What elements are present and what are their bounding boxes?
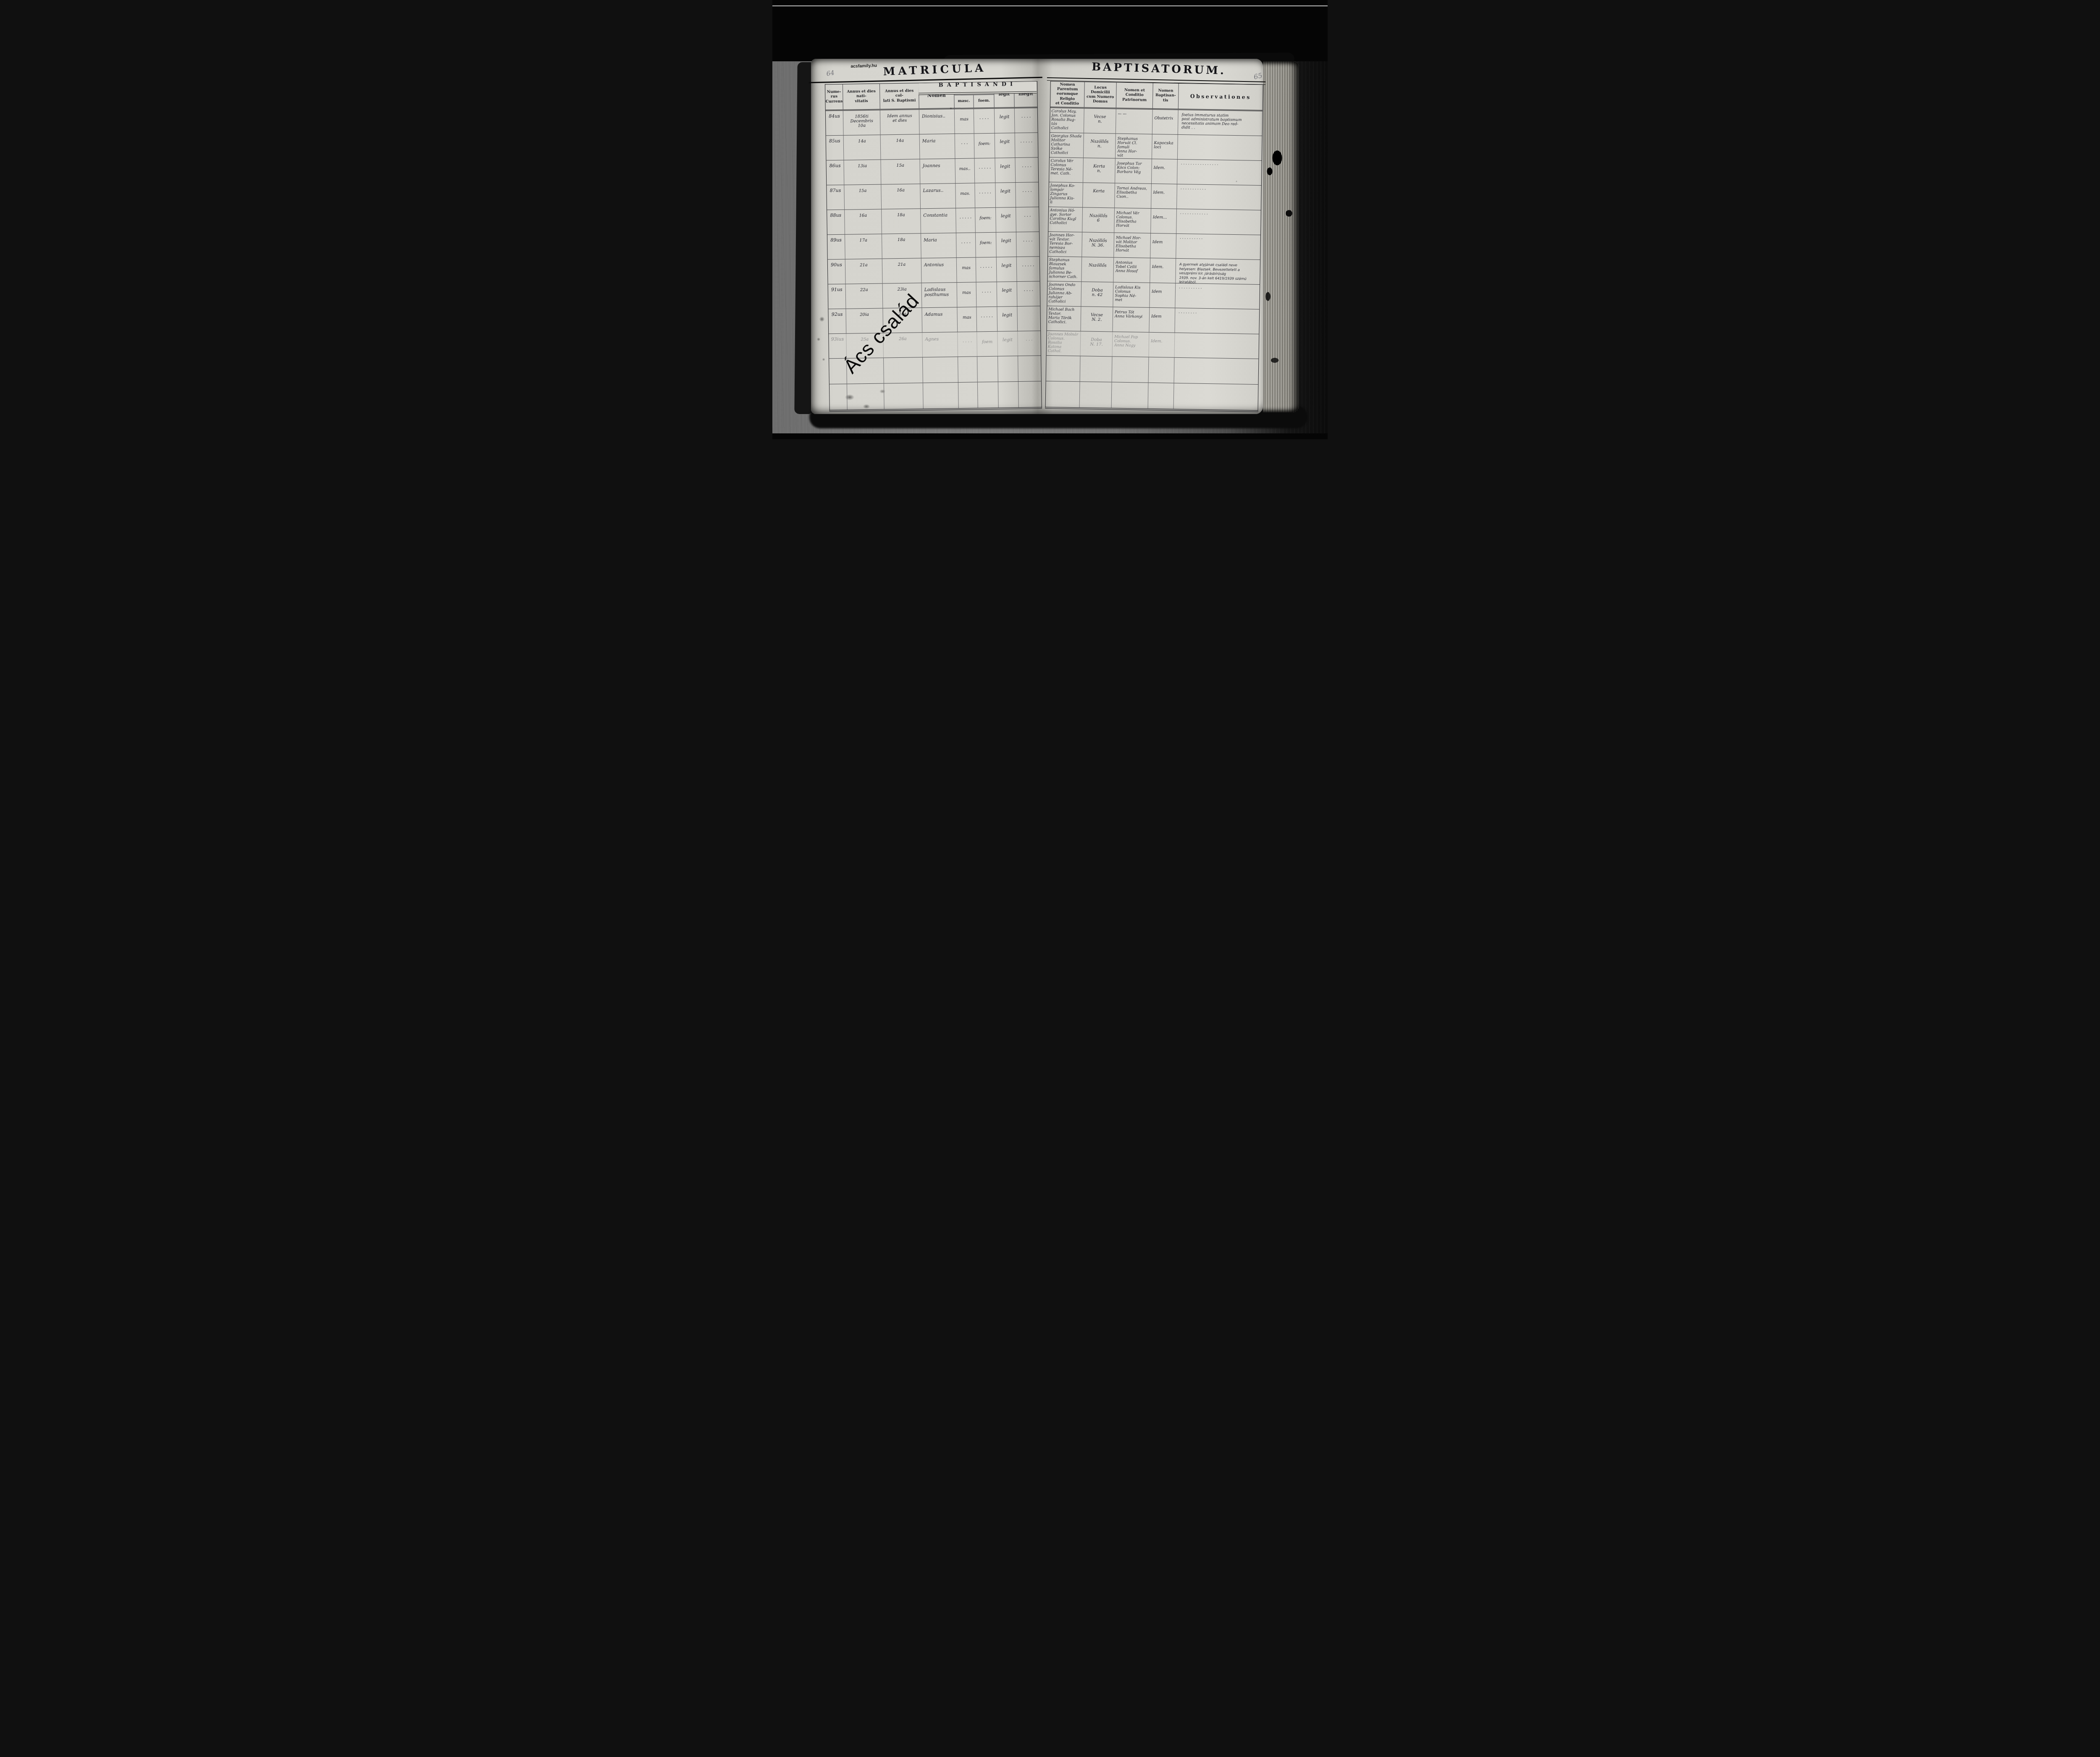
cell-foem: foem	[977, 332, 998, 357]
table-row: Joannes Hor- vát Textor. Teresia Bor- ne…	[1048, 232, 1260, 260]
cell-masc: mas	[957, 307, 977, 332]
header-nomen-baptisantis: Nomen Baptisan- tis	[1153, 83, 1179, 109]
table-row: Antonius Hő- gye. Sartor Carolina Kugl C…	[1048, 207, 1261, 235]
cell-patrini: Michael Vér Colonus. Elisabetha Horvát	[1114, 208, 1151, 233]
cell-baptname: Idem	[1150, 233, 1176, 258]
cell-empty	[1112, 357, 1149, 382]
cell-foem: · · · · ·	[976, 257, 997, 282]
table-row: Georgius Shade Molitor Catharina Szőke C…	[1050, 133, 1262, 161]
cell-patrini: Josephus Tar Köcs Colon: Barbara Vég	[1115, 159, 1152, 184]
table-row: 92us20ia24aAdamusmas· · · · ·legit	[828, 306, 1040, 334]
cell-baptname: Idem.	[1152, 159, 1178, 184]
cell-born: 22a	[846, 284, 883, 309]
table-row: Stephanus Blauzsek famulus Julianna Be- …	[1047, 257, 1260, 285]
cell-legit: legit	[995, 183, 1016, 207]
cell-born: 16a	[845, 210, 882, 234]
left-page-title: MATRICULA	[871, 61, 998, 79]
cell-masc: mas	[957, 257, 976, 282]
cell-empty	[923, 383, 959, 409]
cell-masc: mas..	[955, 158, 975, 183]
table-row: 86us13ia15aJoannesmas..· · · · ·legit· ·…	[826, 157, 1038, 185]
cell-patrini: — —	[1116, 109, 1153, 134]
cell-empty	[1149, 357, 1175, 383]
cell-illegit: · · · ·	[1015, 157, 1038, 182]
table-row: 90us21a21aAntoniusmas· · · · ·legit· · ·…	[828, 257, 1040, 284]
cell-foem: · · · ·	[974, 109, 995, 134]
table-row: 91us22a23iaLadislaus posthumusmas· · · ·…	[828, 281, 1040, 309]
cell-illegit: · · · · ·	[1017, 257, 1040, 281]
cell-baptname: Idem...	[1151, 209, 1177, 233]
cell-num: 84us	[826, 111, 844, 136]
cell-name: Maria	[921, 233, 957, 258]
microfilm-photo: 64 acsfamily.hu MATRICULA BAPTISANDI Num…	[772, 0, 1328, 439]
cell-born: 21a	[845, 259, 883, 284]
book-fore-edge-page-stack	[1263, 61, 1299, 412]
cell-masc: mas	[957, 282, 977, 307]
cell-num: 89us	[827, 235, 845, 260]
header-observationes: Observationes	[1179, 84, 1263, 110]
header-annus-baptismi: Annus et dies col- lati S. Baptismi	[880, 83, 919, 109]
cell-legit: legit	[997, 331, 1018, 356]
cell-parents: Stephanus Blauzsek famulus Julianna Be- …	[1047, 257, 1082, 281]
table-row: 85us14a14aMaria· · ·foem:legit· · · · ·	[826, 133, 1038, 160]
cell-legit: legit	[995, 158, 1016, 183]
table-row: Michael Bach Textor. Maria Török Catholi…	[1047, 306, 1259, 334]
cell-empty	[1080, 382, 1112, 408]
header-foem: foem.	[974, 95, 994, 108]
table-row: Joannes Molnár Colonus. Rosalia Katona C…	[1047, 331, 1259, 359]
cell-name: Antonius	[921, 258, 957, 283]
cell-empty	[978, 382, 999, 408]
cell-empty	[1174, 358, 1259, 384]
cell-parents: Georgius Shade Molitor Catharina Szőke C…	[1050, 133, 1084, 157]
cell-born: 13ia	[844, 160, 881, 185]
page-number-right: 65	[1253, 71, 1263, 81]
cell-obs: · · · · · · · ·	[1175, 308, 1259, 334]
right-table-body: Carolus May, Jon. Colonus Rosalia Bug- t…	[1046, 108, 1263, 410]
cell-empty	[977, 357, 998, 382]
cell-parents: Joannes Ondo Colonus Julianna Ab- raháje…	[1047, 281, 1081, 306]
cell-empty	[1046, 356, 1081, 381]
cell-illegit: · · · ·	[1016, 182, 1039, 207]
cell-num: 87us	[827, 185, 845, 210]
cell-illegit: · · · ·	[1016, 232, 1039, 257]
cell-legit: legit	[995, 133, 1016, 158]
cell-num: 91us	[828, 284, 846, 309]
page-number-left: 64	[826, 69, 835, 78]
cell-name: Dionisius..	[919, 109, 955, 134]
cell-locus: Kerta n.	[1083, 158, 1116, 183]
cell-patrini: Antonius Tobel Czilii Anna Hosof	[1113, 258, 1150, 283]
cell-illegit: · · · ·	[1015, 108, 1038, 133]
cell-empty	[1018, 356, 1041, 381]
cell-obs: A gyermek atyjának családi neve helyesen…	[1176, 259, 1260, 284]
table-row: Carolus Vér Colonus Teresia Né- met. Cat…	[1049, 157, 1262, 186]
cell-foem: foem:	[975, 208, 996, 233]
cell-locus: Nszöllős 6	[1082, 207, 1115, 232]
cell-baptname: Idem.	[1151, 184, 1177, 209]
cell-num: 92us	[828, 309, 846, 334]
table-row: 88us16a18aConstantia· · · · ·foem:legit·…	[827, 207, 1039, 235]
cell-foem: · · · · ·	[975, 183, 996, 208]
cell-bapt: 21a	[882, 258, 922, 283]
cell-name: Agnes	[922, 332, 958, 357]
cell-empty	[923, 357, 958, 383]
cell-obs	[1178, 135, 1262, 160]
cell-empty	[958, 382, 978, 408]
cell-obs: · · · · · · · · · · · · · · · ·	[1177, 160, 1262, 185]
cell-num: 88us	[827, 210, 845, 235]
cell-masc: mas.	[955, 183, 975, 208]
cell-obs: · · · · · · · · · · ·	[1177, 184, 1261, 210]
cell-patrini: Michael Hor- vát Molitor Elisabetha Horv…	[1114, 233, 1151, 258]
cell-num: 86us	[826, 160, 844, 185]
cell-bapt: 18a	[882, 233, 921, 258]
cell-masc: · · ·	[955, 134, 975, 158]
cell-patrini: Tornai Andreas, Elisabetha Cson..	[1115, 184, 1152, 208]
cell-locus: Nszöllős N. 36.	[1082, 232, 1114, 257]
cell-masc: · · · ·	[956, 233, 976, 257]
cell-obs	[1174, 333, 1259, 359]
cell-obs: · · · · · · · · · ·	[1176, 234, 1260, 260]
cell-empty	[1046, 381, 1080, 407]
cell-parents: Michael Bach Textor. Maria Török Catholi…	[1047, 306, 1081, 331]
cell-foem: · · · ·	[976, 282, 997, 307]
cell-obs: · · · · · · · · · · · ·	[1176, 209, 1261, 235]
cell-baptname: Idem.	[1150, 258, 1176, 283]
cell-masc: mas	[955, 109, 974, 134]
cell-parents: Carolus Vér Colonus Teresia Né- met. Cat…	[1049, 157, 1084, 182]
header-numerus-currens: Nume- rus Currens	[825, 84, 843, 110]
cell-born: 14a	[844, 135, 881, 160]
cell-name: Adamus	[922, 307, 958, 332]
header-locus-domicilii: Locus Domicilii cum Numero Domus	[1084, 82, 1117, 108]
cell-born: 15a	[844, 185, 882, 210]
cell-bapt: 14a	[881, 134, 920, 159]
cell-locus: Nszöllős	[1081, 257, 1114, 282]
cell-obs: foetus immaturus statim post administrat…	[1178, 110, 1263, 136]
cell-patrini: Petrus Tót Anna Várkonyi	[1113, 307, 1150, 332]
cell-illegit: · · ·	[1016, 207, 1039, 232]
right-page-title: BAPTISATORUM.	[1092, 60, 1222, 77]
cell-parents: Joannes Hor- vát Textor. Teresia Bor- ne…	[1048, 232, 1082, 257]
cell-baptname: Idem.	[1149, 333, 1175, 357]
table-row: Josephus Ko- lompár Zingarus Julianna Ki…	[1049, 182, 1261, 210]
cell-legit: legit	[996, 207, 1016, 232]
cell-bapt: 15a	[881, 159, 920, 184]
cell-legit: legit	[995, 108, 1015, 133]
cell-masc: · · · ·	[958, 332, 977, 357]
baptism-table-right: Nomen Parentum eorumque Religio et Condi…	[1045, 81, 1263, 412]
cell-bapt: 16a	[881, 184, 921, 209]
cell-baptname: Idem	[1149, 308, 1175, 333]
cell-born: 17a	[845, 234, 882, 259]
cell-illegit: · · · · ·	[1015, 133, 1038, 157]
cell-parents: Joannes Molnár Colonus. Rosalia Katona C…	[1047, 331, 1081, 356]
cell-illegit: · · · ·	[1017, 281, 1040, 306]
cell-locus: Vecse n.	[1084, 108, 1116, 133]
cell-parents: Carolus May, Jon. Colonus Rosalia Bug- t…	[1050, 108, 1084, 133]
cell-legit: legit	[997, 307, 1018, 331]
table-row: Carolus May, Jon. Colonus Rosalia Bug- t…	[1050, 108, 1263, 136]
right-page: BAPTISATORUM. 65 Nomen Parentum eorumque…	[1042, 57, 1265, 416]
table-row: Joannes Ondo Colonus Julianna Ab- raháje…	[1047, 281, 1260, 309]
header-patrinorum: Nomen et Conditio Patrinorum	[1116, 83, 1153, 108]
cell-foem: · · · · ·	[976, 307, 997, 332]
cell-num: 85us	[826, 136, 844, 160]
cell-empty	[998, 382, 1019, 408]
header-annus-nativitatis: Annus et dies nati- vitatis	[843, 84, 880, 110]
cell-empty	[998, 356, 1018, 382]
header-nomen-parentum: Nomen Parentum eorumque Religio et Condi…	[1050, 81, 1085, 107]
cell-baptname: Idem	[1150, 283, 1176, 308]
cell-foem: foem:	[976, 233, 997, 257]
cell-empty	[829, 384, 848, 410]
cell-num: 90us	[828, 260, 846, 284]
cell-baptname: Obstetrix	[1152, 110, 1179, 134]
cell-empty	[884, 383, 924, 409]
cell-bapt: Idem annus et dies	[880, 110, 920, 134]
cell-name: Maria	[920, 134, 955, 159]
cell-empty	[847, 383, 885, 409]
right-table-header: Nomen Parentum eorumque Religio et Condi…	[1050, 81, 1263, 111]
cell-legit: legit	[996, 232, 1017, 257]
cell-name: Constantia	[921, 208, 956, 233]
cell-baptname: Kapocska loci	[1152, 134, 1178, 159]
cell-name: Lazarus..	[920, 184, 956, 208]
cell-empty	[1174, 383, 1258, 410]
cell-locus: Doba n. 42	[1081, 282, 1113, 307]
table-row: 87us15a16aLazarus..mas.· · · · ·legit· ·…	[827, 182, 1039, 210]
cell-locus: Doba N. 17.	[1081, 331, 1113, 356]
table-row: 89us17a18aMaria· · · ·foem:legit· · · ·	[827, 232, 1039, 260]
empty-table-row	[829, 381, 1042, 410]
cell-illegit	[1017, 306, 1040, 331]
cell-empty	[1018, 381, 1042, 407]
cell-locus: Nszöllős n.	[1084, 133, 1116, 158]
cell-name: Ladislaus posthumus	[922, 283, 958, 307]
cell-empty	[1080, 356, 1113, 382]
film-scratch-line	[772, 5, 1328, 6]
cell-illegit: · · ·	[1018, 331, 1041, 356]
cell-parents: Josephus Ko- lompár Zingarus Julianna Ki…	[1049, 182, 1083, 207]
cell-patrini: Michael Pap Colonus. Anna Nagy	[1113, 332, 1150, 357]
cell-name: Joannes	[920, 159, 955, 184]
empty-table-row	[1046, 356, 1259, 385]
cell-legit: legit	[997, 282, 1018, 307]
cell-legit: legit	[997, 257, 1017, 282]
cell-parents: Antonius Hő- gye. Sartor Carolina Kugl C…	[1048, 207, 1083, 232]
cell-num: 93ius	[829, 334, 847, 359]
empty-table-row	[1046, 381, 1258, 410]
cell-locus: Vecse N. 2.	[1081, 307, 1113, 331]
cell-foem: · · · · ·	[974, 158, 995, 183]
cell-patrini: Stephanus Horvát Cl. famuli Anna Hor- vá…	[1116, 134, 1152, 159]
cell-foem: foem:	[974, 134, 995, 158]
table-row: 84us1856ti Decembris 10aIdem annus et di…	[826, 108, 1038, 136]
cell-empty	[1148, 383, 1174, 409]
cell-bapt: 18a	[882, 209, 921, 233]
cell-masc: · · · · ·	[956, 208, 976, 233]
cell-obs: · · · · · · · · · ·	[1175, 283, 1260, 309]
cell-empty	[1112, 382, 1149, 408]
cell-empty	[884, 357, 923, 383]
cell-patrini: Ladislaus Kis Colonus Sophia Né- met	[1113, 283, 1150, 307]
cell-born: 1856ti Decembris 10a	[843, 110, 881, 135]
cell-locus: Kerta	[1083, 183, 1115, 207]
header-masc: masc.	[954, 95, 974, 108]
cell-empty	[958, 357, 978, 382]
